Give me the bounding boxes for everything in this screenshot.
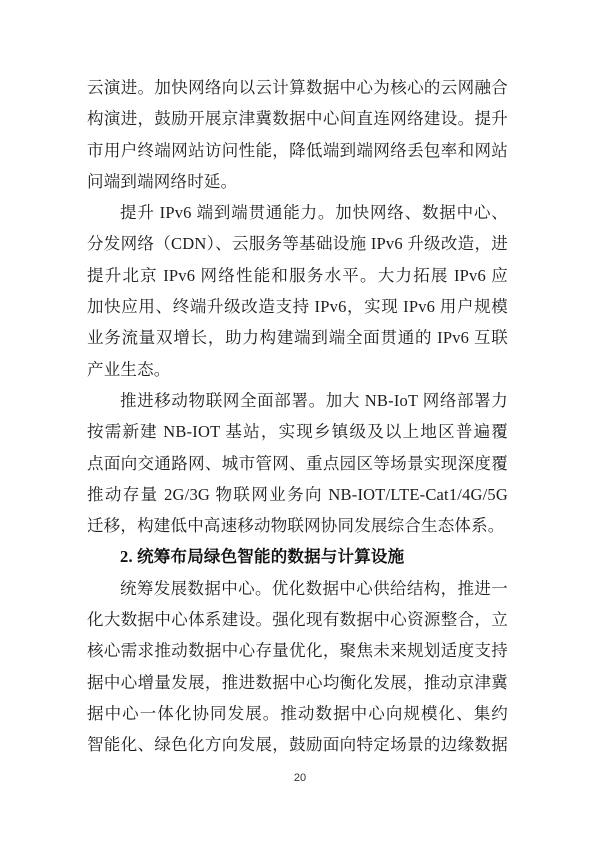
text-line: 构演进，鼓励开展京津冀数据中心间直连网络建设。提升全: [87, 103, 508, 134]
text-line: 化大数据中心体系建设。强化现有数据中心资源整合，立足: [87, 604, 508, 635]
text-line: 迁移，构建低中高速移动物联网协同发展综合生态体系。: [87, 510, 508, 541]
document-body: 云演进。加快网络向以云计算数据中心为核心的云网融合架构演进，鼓励开展京津冀数据中…: [87, 72, 508, 761]
text-line: 据中心增量发展，推进数据中心均衡化发展，推动京津冀数: [87, 667, 508, 698]
text-line: 云演进。加快网络向以云计算数据中心为核心的云网融合架: [87, 72, 508, 103]
text-line: 分发网络（CDN）、云服务等基础设施 IPv6 升级改造，进一步: [87, 228, 508, 259]
text-line: 核心需求推动数据中心存量优化，聚焦未来规划适度支持数: [87, 635, 508, 666]
text-line: 推动存量 2G/3G 物联网业务向 NB-IOT/LTE-Cat1/4G/5G …: [87, 479, 508, 510]
text-line: 按需新建 NB-IOT 基站，实现乡镇级及以上地区普遍覆盖，重: [87, 416, 508, 447]
text-line: 推进移动物联网全面部署。加大 NB-IoT 网络部署力度，: [87, 385, 508, 416]
text-line: 业务流量双增长，助力构建端到端全面贯通的 IPv6 互联网: [87, 322, 508, 353]
text-line: 统筹发展数据中心。优化数据中心供给结构，推进一体: [87, 573, 508, 604]
section-heading: 2. 统筹布局绿色智能的数据与计算设施: [87, 541, 508, 572]
text-line: 提升 IPv6 端到端贯通能力。加快网络、数据中心、内容: [87, 197, 508, 228]
text-line: 加快应用、终端升级改造支持 IPv6，实现 IPv6 用户规模和: [87, 291, 508, 322]
text-line: 问端到端网络时延。: [87, 166, 508, 197]
text-line: 据中心一体化协同发展。推动数据中心向规模化、集约化、: [87, 698, 508, 729]
text-line: 提升北京 IPv6 网络性能和服务水平。大力拓展 IPv6 应用，: [87, 260, 508, 291]
text-line: 点面向交通路网、城市管网、重点园区等场景实现深度覆盖。: [87, 448, 508, 479]
text-line: 智能化、绿色化方向发展，鼓励面向特定场景的边缘数据中: [87, 729, 508, 760]
page-number: 20: [0, 772, 600, 784]
text-line: 市用户终端网站访问性能，降低端到端网络丢包率和网站访: [87, 135, 508, 166]
document-page: 云演进。加快网络向以云计算数据中心为核心的云网融合架构演进，鼓励开展京津冀数据中…: [0, 0, 600, 848]
text-line: 产业生态。: [87, 354, 508, 385]
